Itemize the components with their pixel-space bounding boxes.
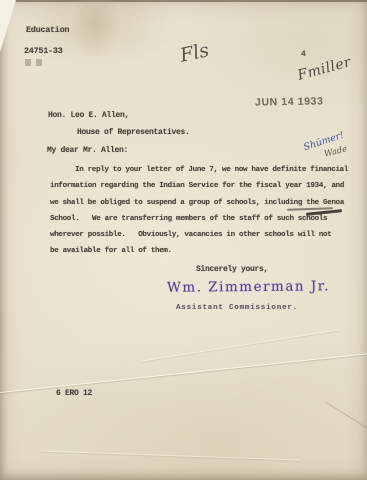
recipient-name: Hon. Leo E. Allen, xyxy=(48,111,129,120)
corner-fold xyxy=(0,0,16,52)
recipient-org: House of Representatives. xyxy=(77,128,190,137)
paper-stain xyxy=(72,0,118,58)
page-number: 4 xyxy=(301,50,306,59)
scanned-letter-page: Education 24751-33 Fls 4 Fmiller JUN 14 … xyxy=(0,0,367,480)
classification-label: Education xyxy=(26,25,69,35)
pencil-note: Wade xyxy=(323,144,348,159)
fold-crease xyxy=(325,402,367,440)
salutation: My dear Mr. Allen: xyxy=(47,146,128,155)
faded-stamp-mark xyxy=(36,59,42,66)
body-line: In reply to your letter of June 7, we no… xyxy=(50,166,355,182)
body-line: be available for all of them. xyxy=(50,247,355,263)
signature-title: Assistant Commissioner. xyxy=(176,304,298,312)
date-stamp: JUN 14 1933 xyxy=(255,95,324,108)
footer-code: 6 ERO 12 xyxy=(56,389,92,398)
faded-stamp-mark xyxy=(25,59,31,66)
fold-crease xyxy=(141,329,339,361)
body-line: information regarding the Indian Service… xyxy=(50,182,355,198)
signature-stamp: Wm. Zimmerman Jr. xyxy=(167,278,330,295)
fold-crease xyxy=(0,351,367,394)
pencil-initials: Fls xyxy=(178,39,211,67)
scan-top-edge xyxy=(0,0,367,2)
closing: Sincerely yours, xyxy=(196,265,268,274)
fold-crease xyxy=(40,450,300,460)
body-line: School. We are transferring members of t… xyxy=(50,215,355,231)
file-number: 24751-33 xyxy=(24,46,62,56)
body-line: wherever possible. Obviously, vacancies … xyxy=(50,231,355,247)
